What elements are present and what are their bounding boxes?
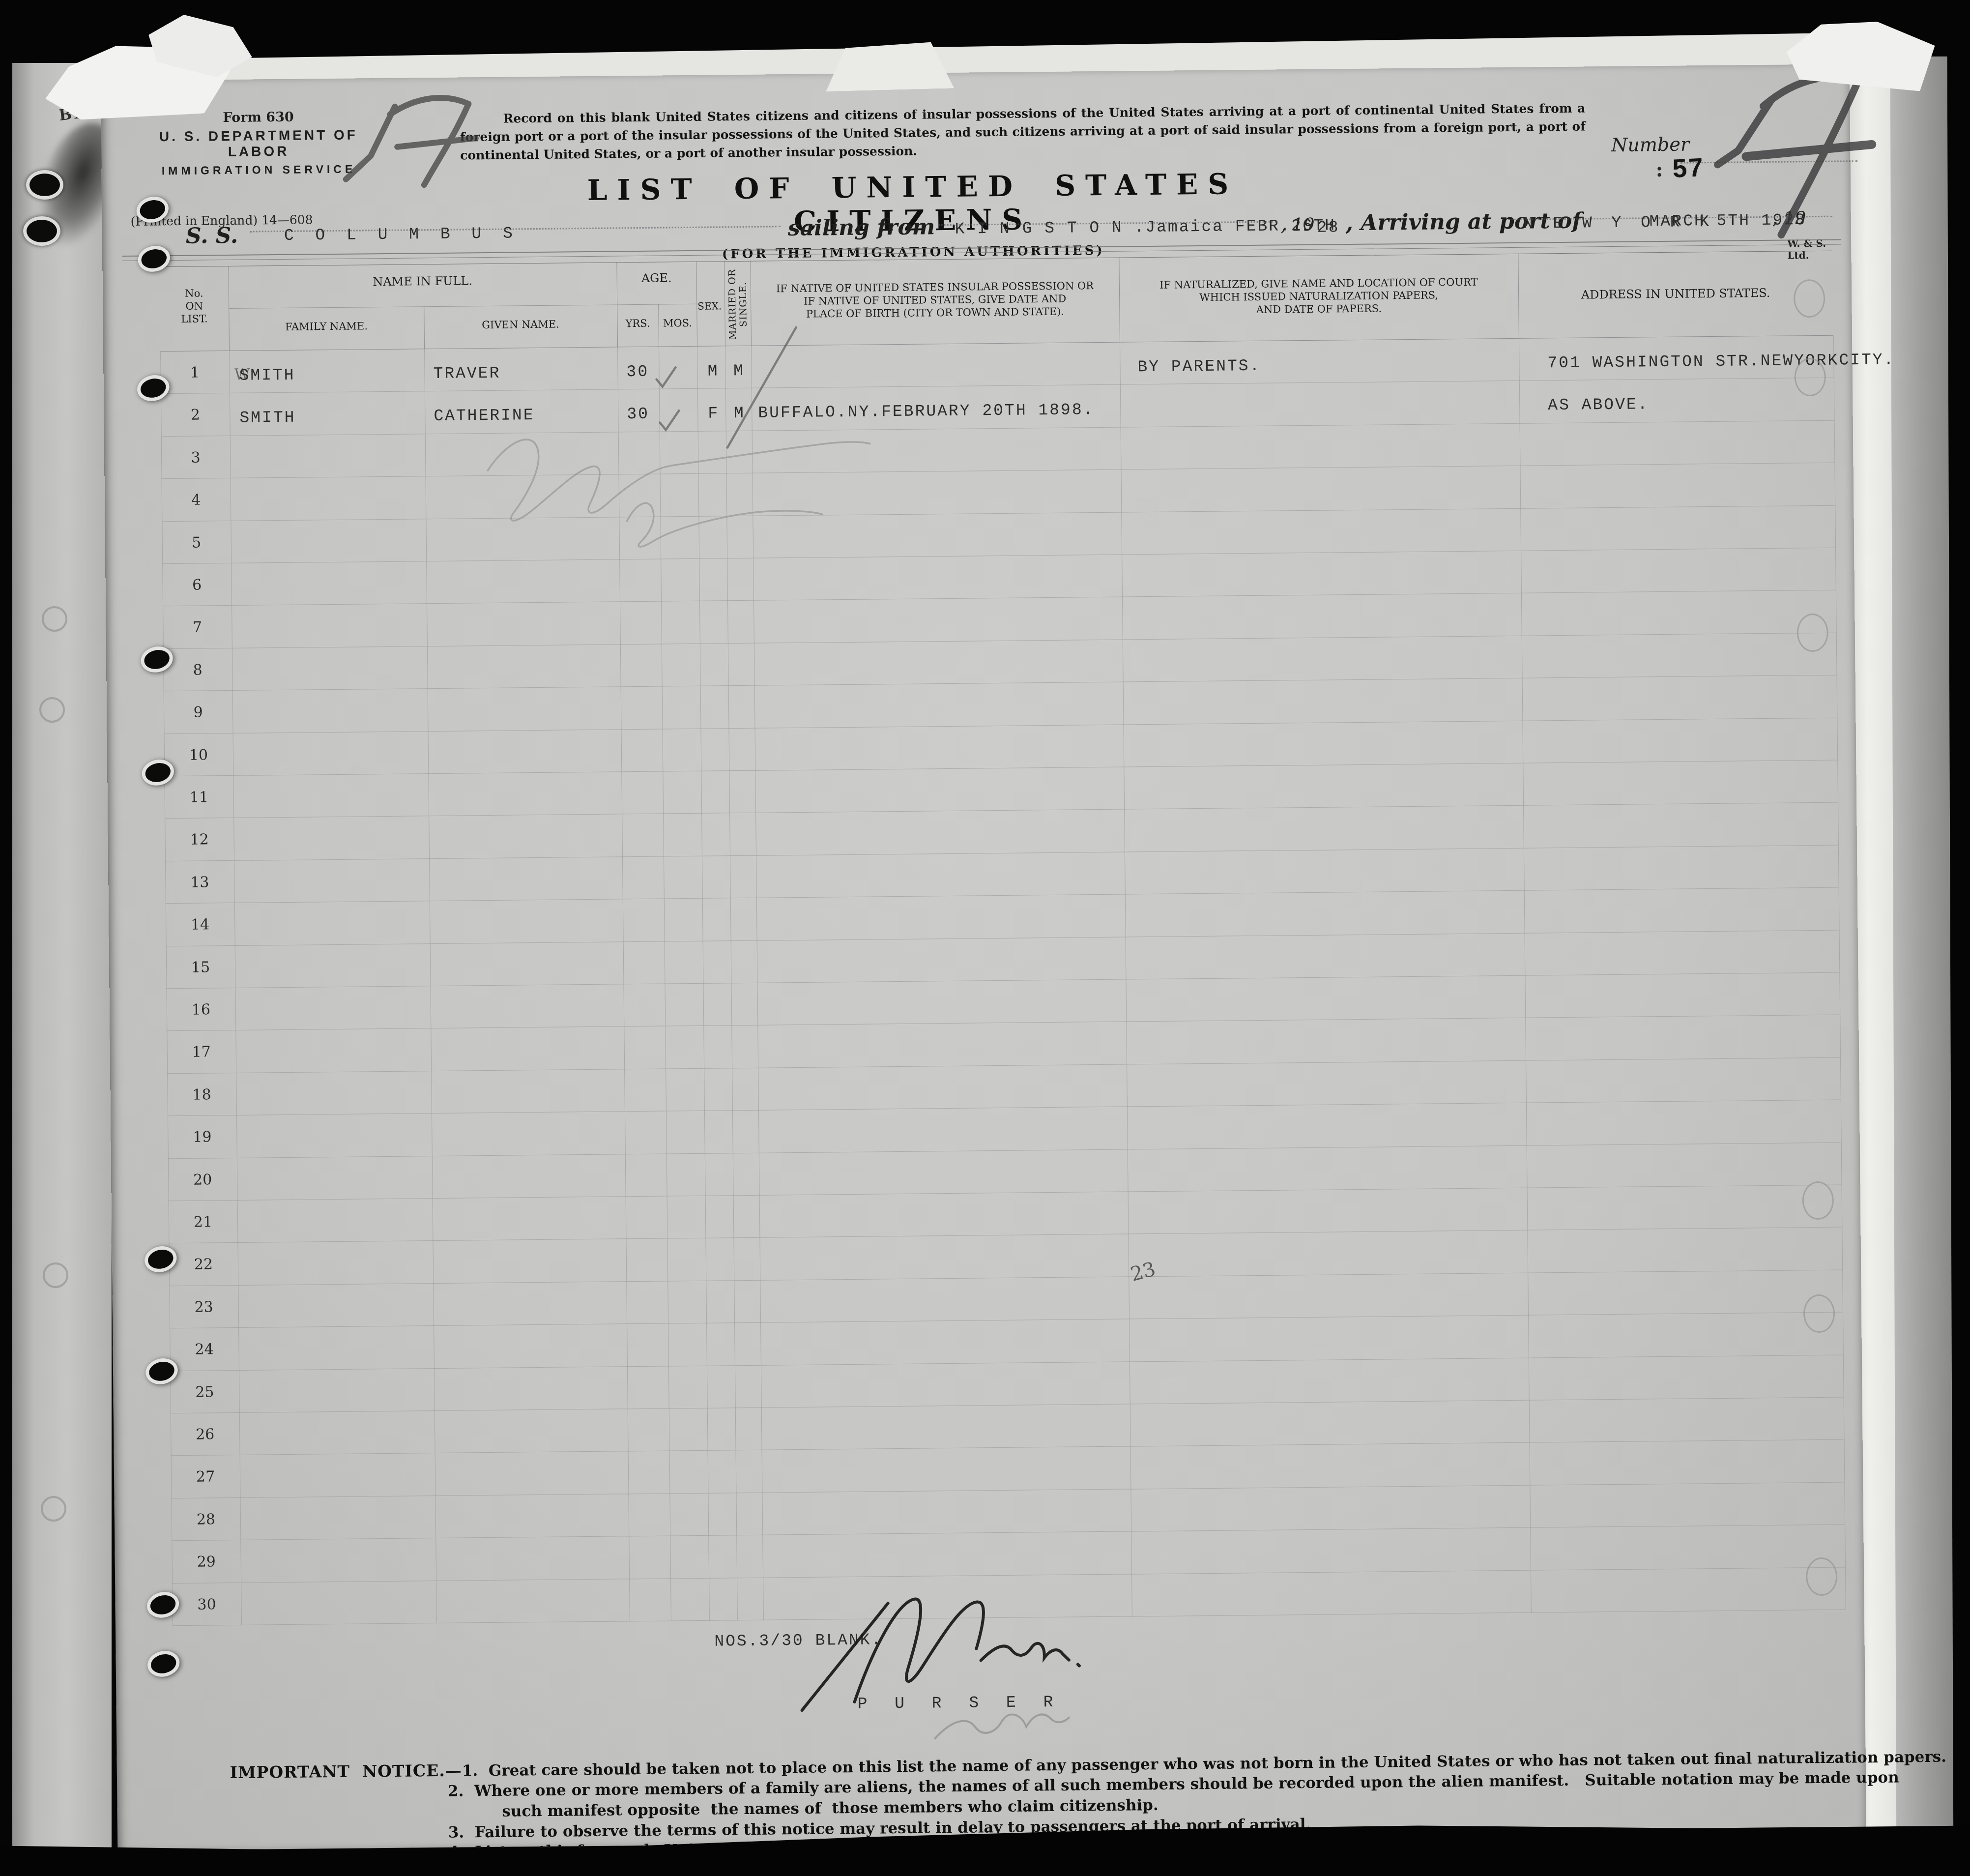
row-number: 25 [170, 1383, 239, 1401]
year-prefix: , 19 [1281, 215, 1315, 235]
header-family-name: FAMILY NAME. [229, 319, 424, 334]
cell-family: SMITH [239, 366, 295, 385]
cell-naturalized: BY PARENTS. [1137, 357, 1261, 376]
purser-label: P U R S E R [857, 1693, 1062, 1713]
row-number: 13 [165, 874, 234, 891]
row-number: 21 [169, 1213, 237, 1231]
header-address: ADDRESS IN UNITED STATES. [1518, 286, 1833, 302]
ring-impression [1806, 1557, 1838, 1596]
service-name: IMMIGRATION SERVICE [141, 162, 377, 178]
row-number: 11 [165, 789, 233, 806]
table-body: 1WSMITHTRAVER30BY PARENTS.701 WASHINGTON… [160, 336, 1846, 1626]
row-number: 14 [166, 916, 234, 934]
row-number: 29 [172, 1553, 241, 1571]
ring-impression [41, 1496, 66, 1522]
ring-impression [42, 606, 67, 632]
sailing-from-label: sailing from [788, 214, 935, 241]
row-number: 12 [165, 831, 233, 849]
row-number: 18 [167, 1086, 236, 1104]
row-number: 24 [170, 1341, 238, 1358]
row-number: 27 [171, 1468, 240, 1486]
row-number: 22 [169, 1256, 238, 1273]
ring-impression [1803, 1294, 1835, 1333]
table-header: No. ON LIST. NAME IN FULL. FAMILY NAME. … [159, 251, 1833, 352]
cell-sex: M [701, 362, 725, 380]
blank-rows-note: NOS.3/30 BLANK. [714, 1631, 882, 1650]
departure-port: K I N G S T O N .Jamaica FEBR.26TH [955, 216, 1336, 238]
row-number: 28 [172, 1511, 240, 1528]
ring-impression [1794, 279, 1825, 318]
row-number: 4 [162, 491, 231, 509]
row-number: 20 [168, 1171, 237, 1189]
department-name: U. S. DEPARTMENT OF LABOR [141, 127, 377, 161]
header-married-or-single: MARRIED OR SINGLE. [726, 265, 751, 344]
scanner-bed: DATE BIL Form 630 U. S. DEPARTMENT OF LA… [0, 0, 1970, 1876]
header-name-in-full: NAME IN FULL. [229, 273, 617, 290]
pencil-signature [935, 1714, 1069, 1738]
ring-impression [1802, 1181, 1834, 1220]
number-dotted-line [1680, 160, 1857, 163]
header-naturalized: IF NATURALIZED, GIVE NAME AND LOCATION O… [1119, 275, 1519, 318]
row-number: 3 [161, 449, 230, 467]
ss-label: S. S. [186, 223, 238, 249]
passenger-table: No. ON LIST. NAME IN FULL. FAMILY NAME. … [159, 251, 1845, 1626]
row-number: 9 [164, 703, 232, 721]
row-number: 26 [171, 1426, 239, 1443]
number-stamp-57: 57 [1672, 152, 1705, 184]
row-number: 17 [167, 1043, 236, 1061]
header-no-on-list: No. ON LIST. [160, 287, 229, 325]
ship-name: C O L U M B U S [284, 224, 519, 245]
row-number: 8 [163, 661, 232, 679]
punch-hole [26, 170, 63, 200]
notice-num: 2. [448, 1783, 464, 1800]
cell-yrs: 30 [627, 405, 649, 423]
cell-yrs: 30 [626, 363, 649, 381]
header-yrs: YRS. [617, 317, 658, 330]
page-stack-right-edge [1890, 57, 1954, 1866]
header-mos: MOS. [658, 317, 696, 330]
cell-address: 701 WASHINGTON STR.NEWYORKCITY. [1547, 351, 1895, 372]
header-sex: SEX. [695, 299, 724, 313]
form-instructions: Record on this blank United States citiz… [460, 99, 1586, 164]
row-number: 16 [167, 1001, 235, 1019]
stamp-colon: : [1655, 158, 1663, 181]
cell-given: CATHERINE [434, 406, 535, 425]
cell-married: M [728, 404, 750, 422]
punch-hole [23, 216, 60, 246]
arrival-year-prefix: , 19 [1772, 208, 1806, 229]
cell-address: AS ABOVE. [1548, 396, 1649, 415]
header-given-name: GIVEN NAME. [424, 317, 617, 332]
header-age: AGE. [617, 271, 696, 285]
row-number: 30 [172, 1595, 241, 1613]
ring-impression [39, 697, 65, 723]
header-birth: IF NATIVE OF UNITED STATES INSULAR POSSE… [751, 279, 1120, 321]
row-line [173, 1610, 1846, 1626]
row-number: 19 [168, 1128, 236, 1146]
cell-sex: F [701, 405, 725, 423]
row-number: 15 [166, 959, 235, 976]
row-number: 2 [161, 406, 230, 424]
row-number: 6 [162, 576, 231, 594]
row-number: 5 [162, 534, 231, 552]
year-typed: 28 [1317, 218, 1340, 236]
cell-married: M [728, 362, 750, 380]
cell-family: SMITH [239, 409, 295, 427]
row-number: 7 [163, 618, 232, 636]
row-number: 23 [170, 1298, 238, 1316]
ring-impression [1794, 358, 1826, 397]
punch-hole [145, 1648, 182, 1680]
form-identity-block: Form 630 U. S. DEPARTMENT OF LABOR IMMIG… [140, 109, 377, 178]
number-label: Number [1611, 133, 1689, 156]
ring-impression [1796, 614, 1828, 652]
ring-impression [43, 1262, 68, 1288]
manifest-page: Form 630 U. S. DEPARTMENT OF LABOR IMMIG… [101, 64, 1866, 1850]
row-number: 10 [164, 746, 233, 764]
row-number: 1 [160, 364, 229, 381]
cell-given: TRAVER [433, 364, 500, 383]
cell-birth: BUFFALO.NY.FEBRUARY 20TH 1898. [758, 401, 1094, 422]
backing-document-strip: DATE BIL [12, 63, 112, 1876]
